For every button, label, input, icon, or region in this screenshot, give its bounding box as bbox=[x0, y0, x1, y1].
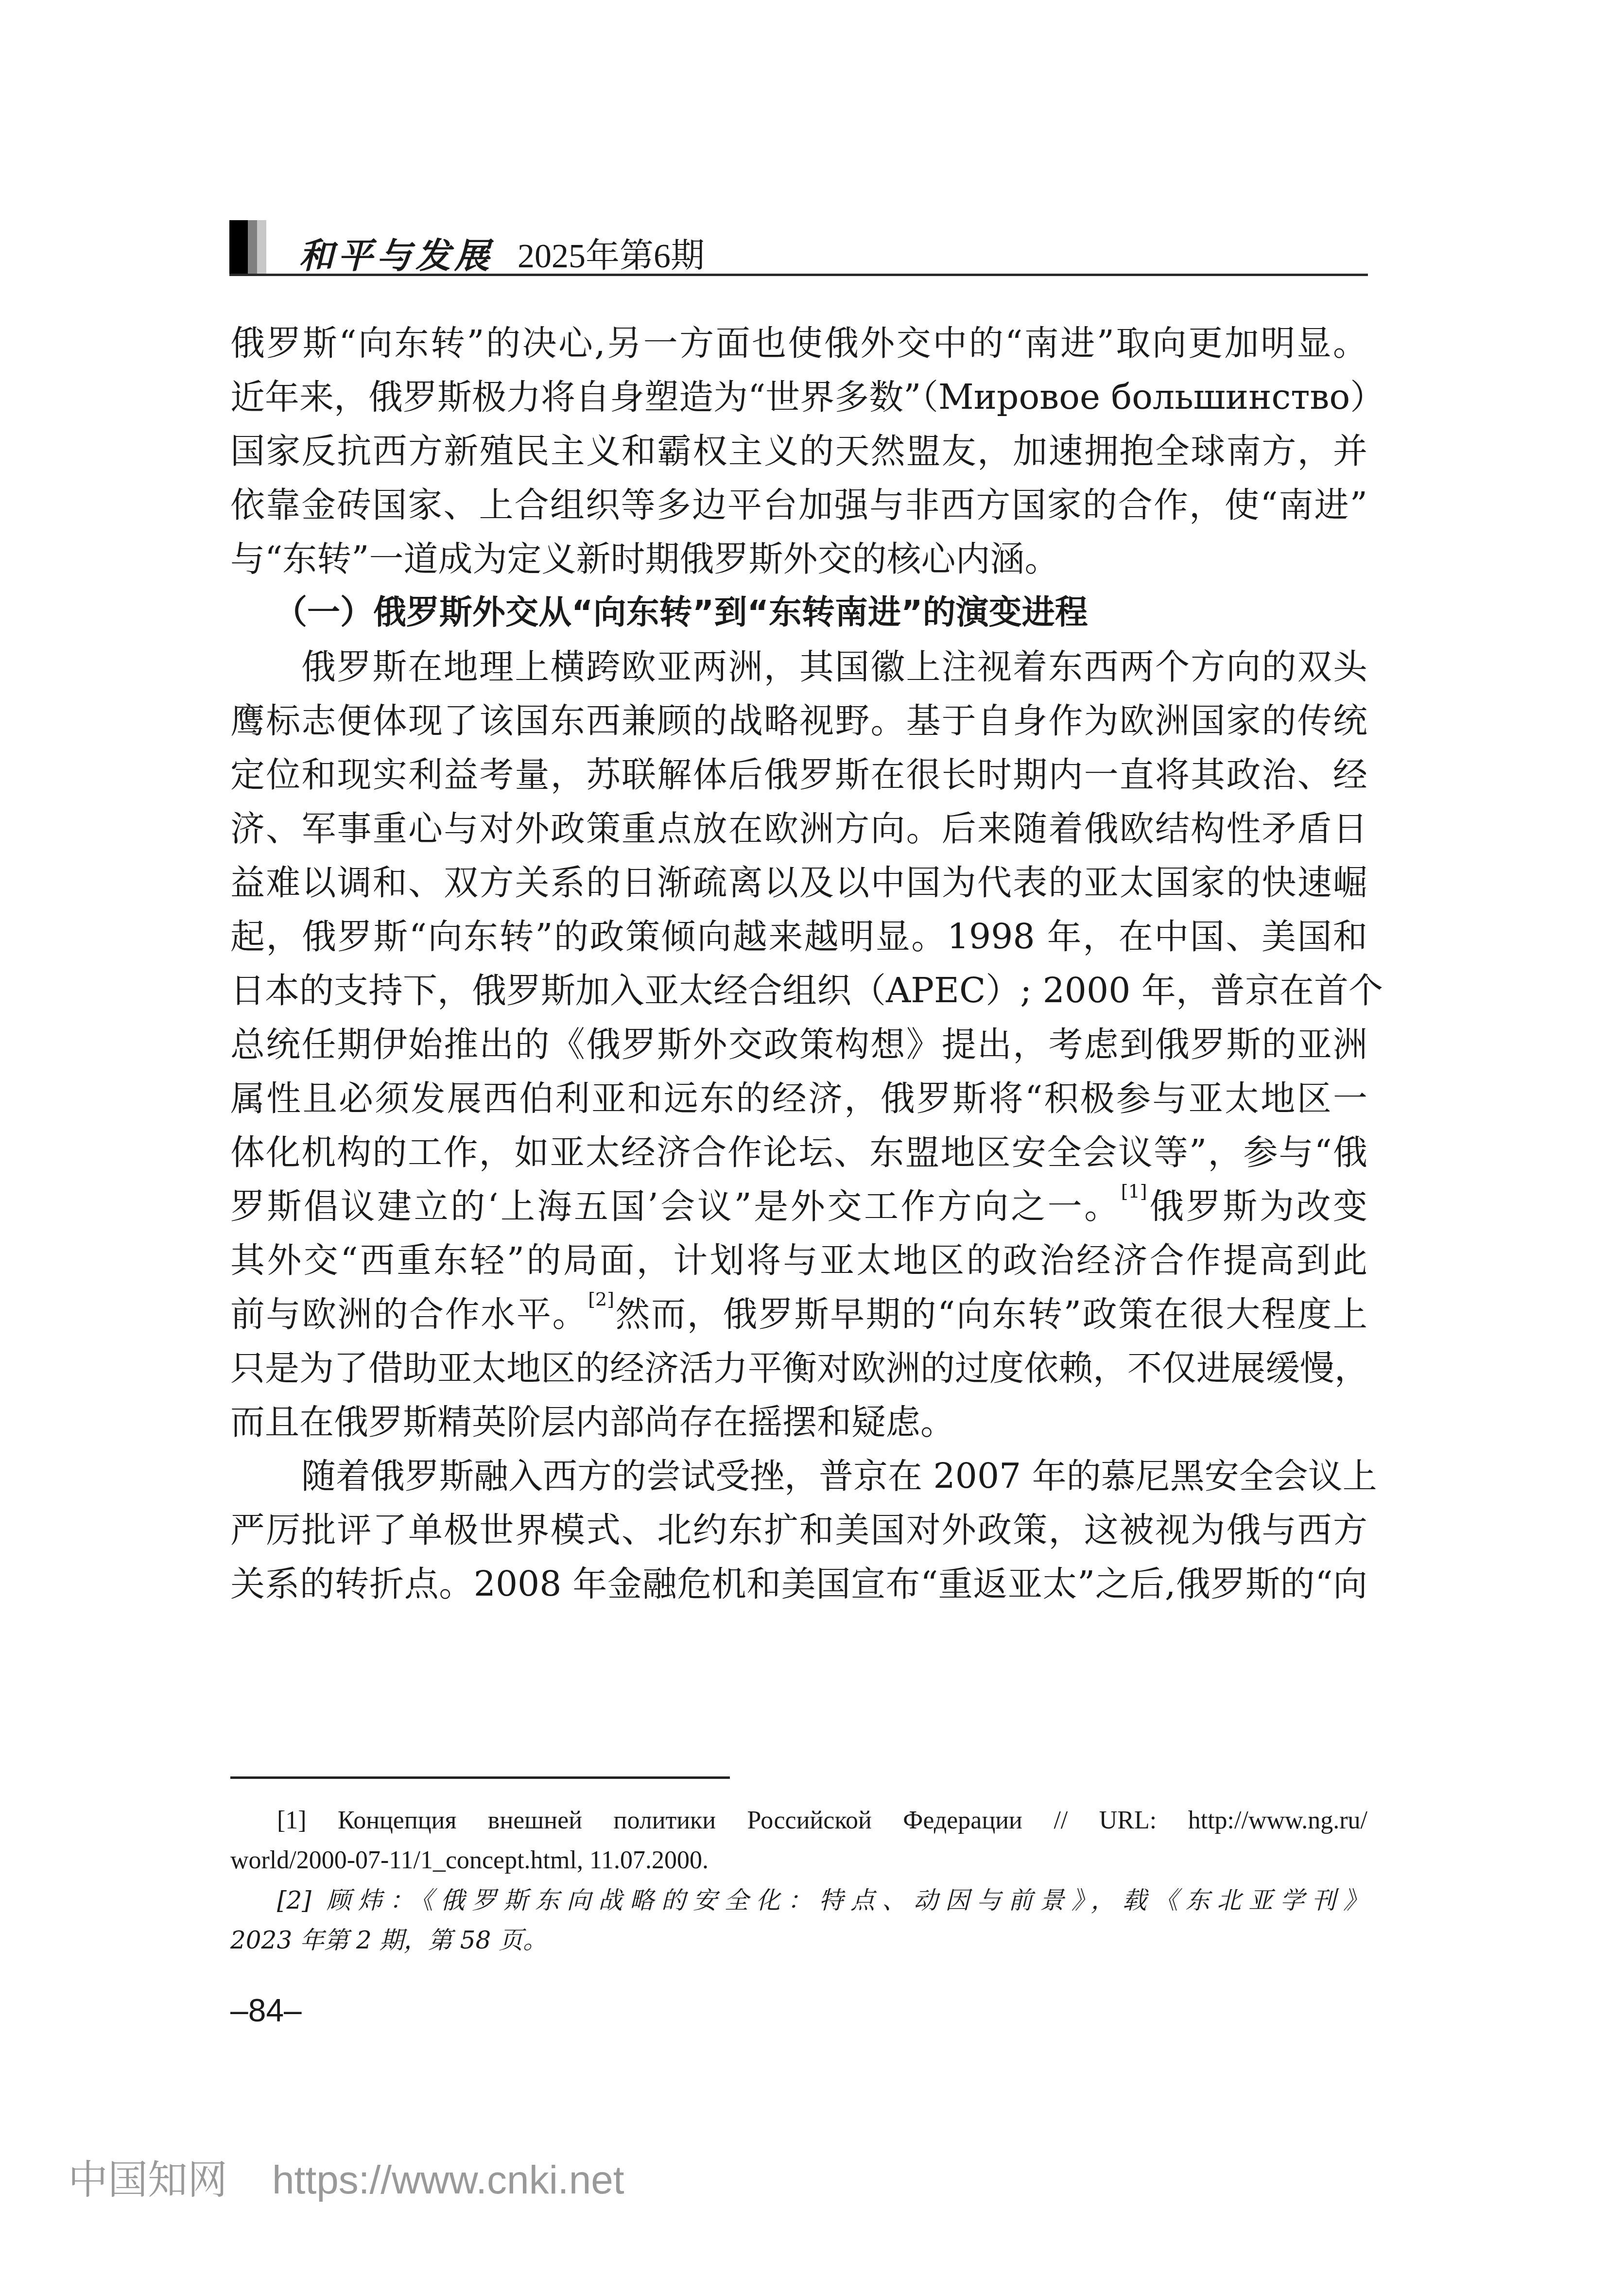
line-text: 关系的转折点。2008 年金融危机和美国宣布“重返亚太”之后,俄罗斯的“向 bbox=[230, 1564, 1367, 1604]
line-text: 体化机构的工作，如亚太经济合作论坛、东盟地区安全会议等”，参与“俄 bbox=[230, 1132, 1367, 1172]
line-text: 然而，俄罗斯早期的“向东转”政策在很大程度上 bbox=[614, 1294, 1367, 1334]
issue-label: 2025年第6期 bbox=[518, 228, 705, 278]
line-text: 其外交“西重东轻”的局面，计划将与亚太地区的政治经济合作提高到此 bbox=[230, 1240, 1367, 1280]
body-text: 俄罗斯“向东转”的决心,另一方面也使俄外交中的“南进”取向更加明显。 近年来，俄… bbox=[230, 316, 1367, 1611]
line-text: 前与欧洲的合作水平。 bbox=[230, 1294, 588, 1334]
watermark-url[interactable]: https://www.cnki.net bbox=[272, 2158, 624, 2202]
text-line: 俄罗斯“向东转”的决心,另一方面也使俄外交中的“南进”取向更加明显。 bbox=[230, 316, 1367, 370]
text-line: 罗斯倡议建立的‘上海五国’会议”是外交工作方向之一。[1]俄罗斯为改变 bbox=[230, 1179, 1367, 1233]
line-text: 俄罗斯“向东转”的决心,另一方面也使俄外交中的“南进”取向更加明显。 bbox=[230, 323, 1367, 363]
text-line: 益难以调和、双方关系的日渐疏离以及以中国为代表的亚太国家的快速崛 bbox=[230, 855, 1367, 909]
journal-title: 和平与发展 bbox=[299, 227, 493, 278]
line-text: 属性且必须发展西伯利亚和远东的经济，俄罗斯将“积极参与亚太地区一 bbox=[230, 1078, 1367, 1118]
line-text: 近年来，俄罗斯极力将自身塑造为“世界多数”（Мировое большинств… bbox=[230, 377, 1384, 417]
band-gray bbox=[248, 220, 257, 275]
text-line: 而且在俄罗斯精英阶层内部尚存在摇摆和疑虑。 bbox=[230, 1395, 1367, 1449]
line-text: 国家反抗西方新殖民主义和霸权主义的天然盟友，加速拥抱全球南方，并 bbox=[230, 431, 1367, 471]
band-black bbox=[229, 220, 248, 275]
line-text: 总统任期伊始推出的《俄罗斯外交政策构想》提出，考虑到俄罗斯的亚洲 bbox=[230, 1024, 1367, 1064]
footnote-separator bbox=[230, 1776, 730, 1779]
line-text: 益难以调和、双方关系的日渐疏离以及以中国为代表的亚太国家的快速崛 bbox=[230, 862, 1367, 903]
text-line: 关系的转折点。2008 年金融危机和美国宣布“重返亚太”之后,俄罗斯的“向 bbox=[230, 1557, 1367, 1611]
text-line: 前与欧洲的合作水平。[2]然而，俄罗斯早期的“向东转”政策在很大程度上 bbox=[230, 1287, 1367, 1341]
footnote-ref-2[interactable]: [2] bbox=[588, 1288, 614, 1310]
line-text: 而且在俄罗斯精英阶层内部尚存在摇摆和疑虑。 bbox=[230, 1402, 955, 1442]
text-line: 日本的支持下，俄罗斯加入亚太经合组织（APEC）; 2000 年，普京在首个 bbox=[230, 963, 1367, 1017]
text-line: 属性且必须发展西伯利亚和远东的经济，俄罗斯将“积极参与亚太地区一 bbox=[230, 1071, 1367, 1125]
footnote-1: [1] Концепция внешней политики Российско… bbox=[230, 1801, 1367, 1841]
text-line: 近年来，俄罗斯极力将自身塑造为“世界多数”（Мировое большинств… bbox=[230, 370, 1367, 424]
line-text: 日本的支持下，俄罗斯加入亚太经合组织（APEC）; 2000 年，普京在首个 bbox=[230, 970, 1383, 1010]
footnote-1-cont: world/2000-07-11/1_concept.html, 11.07.2… bbox=[230, 1841, 1367, 1880]
text-line: 俄罗斯在地理上横跨欧亚两洲，其国徽上注视着东西两个方向的双头 bbox=[230, 640, 1367, 694]
line-text: 俄罗斯为改变 bbox=[1147, 1186, 1367, 1226]
text-line: 定位和现实利益考量，苏联解体后俄罗斯在很长时期内一直将其政治、经 bbox=[230, 748, 1367, 801]
section-heading: （一）俄罗斯外交从“向东转”到“东转南进”的演变进程 bbox=[230, 586, 1367, 640]
line-text: 随着俄罗斯融入西方的尝试受挫，普京在 2007 年的慕尼黑安全会议上 bbox=[301, 1456, 1377, 1496]
footnote-2: [2] 顾炜：《俄罗斯东向战略的安全化：特点、动因与前景》，载《东北亚学刊》 bbox=[230, 1880, 1367, 1920]
text-line: 体化机构的工作，如亚太经济合作论坛、东盟地区安全会议等”，参与“俄 bbox=[230, 1125, 1367, 1179]
line-text: 罗斯倡议建立的‘上海五国’会议”是外交工作方向之一。 bbox=[230, 1186, 1121, 1226]
header-rule bbox=[229, 274, 1368, 276]
line-text: 只是为了借助亚太地区的经济活力平衡对欧洲的过度依赖，不仅进展缓慢， bbox=[230, 1348, 1369, 1388]
text-line: 随着俄罗斯融入西方的尝试受挫，普京在 2007 年的慕尼黑安全会议上 bbox=[230, 1449, 1367, 1503]
line-text: 俄罗斯在地理上横跨欧亚两洲，其国徽上注视着东西两个方向的双头 bbox=[301, 646, 1367, 687]
text-line: 国家反抗西方新殖民主义和霸权主义的天然盟友，加速拥抱全球南方，并 bbox=[230, 424, 1367, 478]
footnote-text: world/2000-07-11/1_concept.html, 11.07.2… bbox=[230, 1846, 708, 1874]
text-line: 起，俄罗斯“向东转”的政策倾向越来越明显。1998 年，在中国、美国和 bbox=[230, 909, 1367, 963]
footnote-2-cont: 2023 年第 2 期，第 58 页。 bbox=[230, 1920, 1367, 1960]
watermark-name: 中国知网 bbox=[68, 2158, 227, 2202]
line-text: 起，俄罗斯“向东转”的政策倾向越来越明显。1998 年，在中国、美国和 bbox=[230, 916, 1367, 957]
line-text: 定位和现实利益考量，苏联解体后俄罗斯在很长时期内一直将其政治、经 bbox=[230, 754, 1367, 795]
footnote-ref-1[interactable]: [1] bbox=[1121, 1181, 1147, 1202]
text-line: 严厉批评了单极世界模式、北约东扩和美国对外政策，这被视为俄与西方 bbox=[230, 1503, 1367, 1557]
footnotes: [1] Концепция внешней политики Российско… bbox=[230, 1801, 1367, 1960]
line-text: 济、军事重心与对外政策重点放在欧洲方向。后来随着俄欧结构性矛盾日 bbox=[230, 808, 1367, 849]
header-decoration-band bbox=[229, 220, 266, 275]
text-line: 济、军事重心与对外政策重点放在欧洲方向。后来随着俄欧结构性矛盾日 bbox=[230, 801, 1367, 855]
text-line: 依靠金砖国家、上合组织等多边平台加强与非西方国家的合作，使“南进” bbox=[230, 478, 1367, 532]
footnote-text: 2023 年第 2 期，第 58 页。 bbox=[230, 1926, 547, 1954]
line-text: 鹰标志便体现了该国东西兼顾的战略视野。基于自身作为欧洲国家的传统 bbox=[230, 700, 1367, 741]
text-line: 其外交“西重东轻”的局面，计划将与亚太地区的政治经济合作提高到此 bbox=[230, 1233, 1367, 1287]
line-text: 依靠金砖国家、上合组织等多边平台加强与非西方国家的合作，使“南进” bbox=[230, 485, 1367, 525]
text-line: 与“东转”一道成为定义新时期俄罗斯外交的核心内涵。 bbox=[230, 532, 1367, 586]
line-text: 严厉批评了单极世界模式、北约东扩和美国对外政策，这被视为俄与西方 bbox=[230, 1510, 1367, 1550]
line-text: 与“东转”一道成为定义新时期俄罗斯外交的核心内涵。 bbox=[230, 539, 1059, 579]
text-line: 总统任期伊始推出的《俄罗斯外交政策构想》提出，考虑到俄罗斯的亚洲 bbox=[230, 1017, 1367, 1071]
footnote-text: [1] Концепция внешней политики Российско… bbox=[277, 1807, 1367, 1834]
heading-text: （一）俄罗斯外交从“向东转”到“东转南进”的演变进程 bbox=[274, 593, 1088, 632]
band-light-gray bbox=[257, 220, 266, 275]
footnote-text: [2] 顾炜：《俄罗斯东向战略的安全化：特点、动因与前景》，载《东北亚学刊》 bbox=[277, 1886, 1367, 1914]
cnki-watermark: 中国知网https://www.cnki.net bbox=[68, 2148, 624, 2205]
text-line: 只是为了借助亚太地区的经济活力平衡对欧洲的过度依赖，不仅进展缓慢， bbox=[230, 1341, 1367, 1395]
page-number: –84– bbox=[230, 1992, 302, 2029]
text-line: 鹰标志便体现了该国东西兼顾的战略视野。基于自身作为欧洲国家的传统 bbox=[230, 694, 1367, 748]
